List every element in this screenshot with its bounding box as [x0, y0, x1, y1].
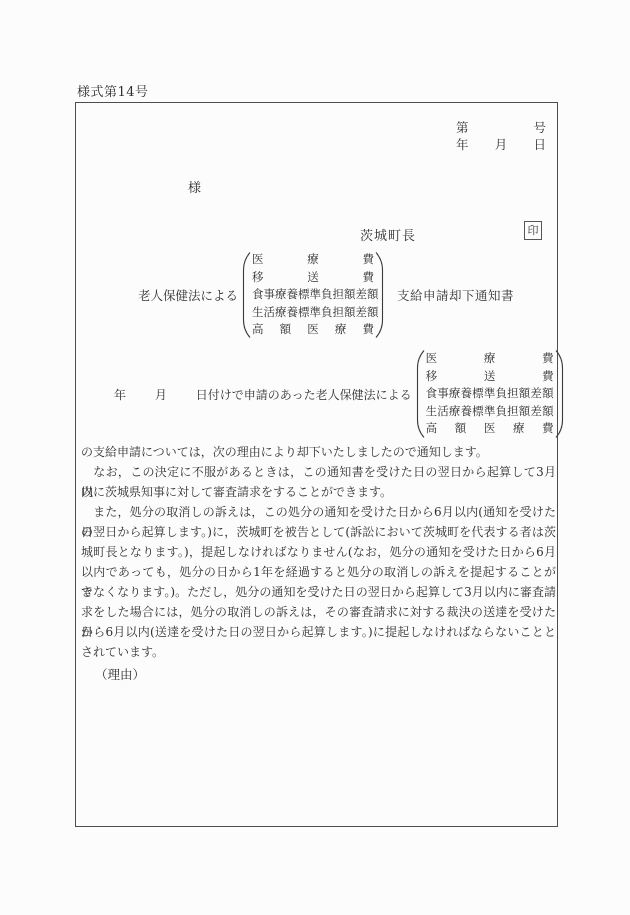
body-line: の支給申請については，次の理由により却下いたしましたので通知します。 [81, 442, 556, 462]
body-line: 内に茨城県知事に対して審査請求をすることができます。 [81, 482, 556, 502]
date-year-label: 年 [456, 136, 469, 153]
document-border-box: 第 号 年 月 日 様 茨城町長 印 老人保健法による 医療費移送費食事療養標準… [75, 102, 558, 827]
addressee-honorific: 様 [188, 177, 201, 196]
benefit-item: 医療費 [426, 350, 554, 368]
benefit-item-list: 医療費移送費食事療養標準負担額差額生活療養標準負担額差額高額医療費 [426, 350, 554, 438]
application-date-phrase: 年 月 日付けで申請のあった老人保健法による [114, 386, 412, 403]
application-month-label: 月 [155, 388, 167, 402]
seal-mark: 印 [524, 221, 542, 240]
benefit-item: 高額医療費 [252, 321, 374, 339]
form-number-label: 様式第14号 [77, 81, 149, 100]
benefit-item-list: 医療費移送費食事療養標準負担額差額生活療養標準負担額差額高額医療費 [252, 251, 374, 339]
benefit-item: 生活療養標準負担額差額 [252, 304, 374, 322]
benefit-item: 食事療養標準負担額差額 [252, 286, 374, 304]
bracket-right-icon [375, 251, 384, 339]
doc-number-prefix: 第 [456, 119, 469, 136]
body-line: なお，この決定に不服があるときは，この通知書を受けた日の翌日から起算して3月以 [81, 462, 556, 482]
document-page: 様式第14号 第 号 年 月 日 様 茨城町長 印 老人保健法による 医療費移送… [0, 0, 630, 915]
body-line: から6月以内(送達を受けた日の翌日から起算します。)に提起しなければならないこと… [81, 622, 556, 642]
body-text: の支給申請については，次の理由により却下いたしましたので通知します。 なお，この… [81, 442, 556, 662]
benefit-item: 生活療養標準負担額差額 [426, 403, 554, 421]
application-year-label: 年 [114, 388, 126, 402]
body-line: 以内であっても，処分の日から1年を経過すると処分の取消しの訴えを提起することがで [81, 562, 556, 582]
subject-title-group: 老人保健法による 医療費移送費食事療養標準負担額差額生活療養標準負担額差額高額医… [138, 251, 514, 339]
subject-suffix: 支給申請却下通知書 [397, 286, 514, 304]
issuer-title: 茨城町長 [360, 225, 416, 244]
doc-number-suffix: 号 [533, 119, 546, 136]
benefit-item: 医療費 [252, 251, 374, 269]
body-line: の翌日から起算します。)に，茨城町を被告として(訴訟において茨城町を代表する者は… [81, 522, 556, 542]
doc-number-line: 第 号 [456, 119, 546, 136]
body-line: されています。 [81, 642, 556, 662]
date-day-label: 日 [533, 136, 546, 153]
body-line: 城町長となります。)，提起しなければなりません(なお，処分の通知を受けた日から6… [81, 542, 556, 562]
body-line: 求をした場合には，処分の取消しの訴えは，その審査請求に対する裁決の送達を受けた日 [81, 602, 556, 622]
doc-date-line: 年 月 日 [456, 136, 546, 153]
bracket-right-icon [555, 349, 564, 439]
reason-label: （理由） [95, 665, 145, 683]
body-line: きなくなります。)。ただし，処分の通知を受けた日の翌日から起算して3月以内に審査… [81, 582, 556, 602]
subject-prefix: 老人保健法による [138, 286, 238, 304]
application-day-phrase: 日付けで申請のあった老人保健法による [196, 388, 412, 402]
date-month-label: 月 [495, 136, 508, 153]
benefit-item: 食事療養標準負担額差額 [426, 385, 554, 403]
bracket-left-icon [242, 251, 251, 339]
application-reference-group: 年 月 日付けで申請のあった老人保健法による 医療費移送費食事療養標準負担額差額… [114, 349, 565, 439]
benefit-item: 移送費 [252, 269, 374, 287]
benefit-item: 高額医療費 [426, 420, 554, 438]
body-line: また，処分の取消しの訴えは，この処分の通知を受けた日から6月以内(通知を受けた日 [81, 502, 556, 522]
benefit-item: 移送費 [426, 368, 554, 386]
bracket-left-icon [416, 349, 425, 439]
doc-number-date-block: 第 号 年 月 日 [456, 119, 546, 153]
